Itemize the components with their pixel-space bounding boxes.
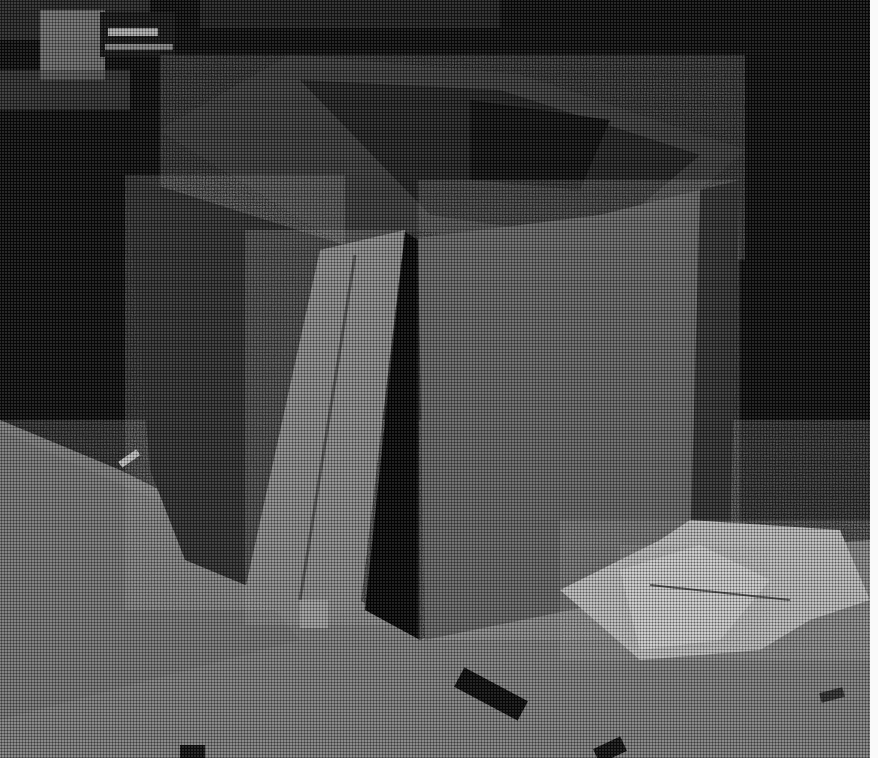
newspaper-photo xyxy=(0,0,870,758)
background-label xyxy=(108,28,158,36)
page-margin xyxy=(870,0,878,758)
debris xyxy=(180,745,205,758)
photo-scene xyxy=(0,0,870,758)
